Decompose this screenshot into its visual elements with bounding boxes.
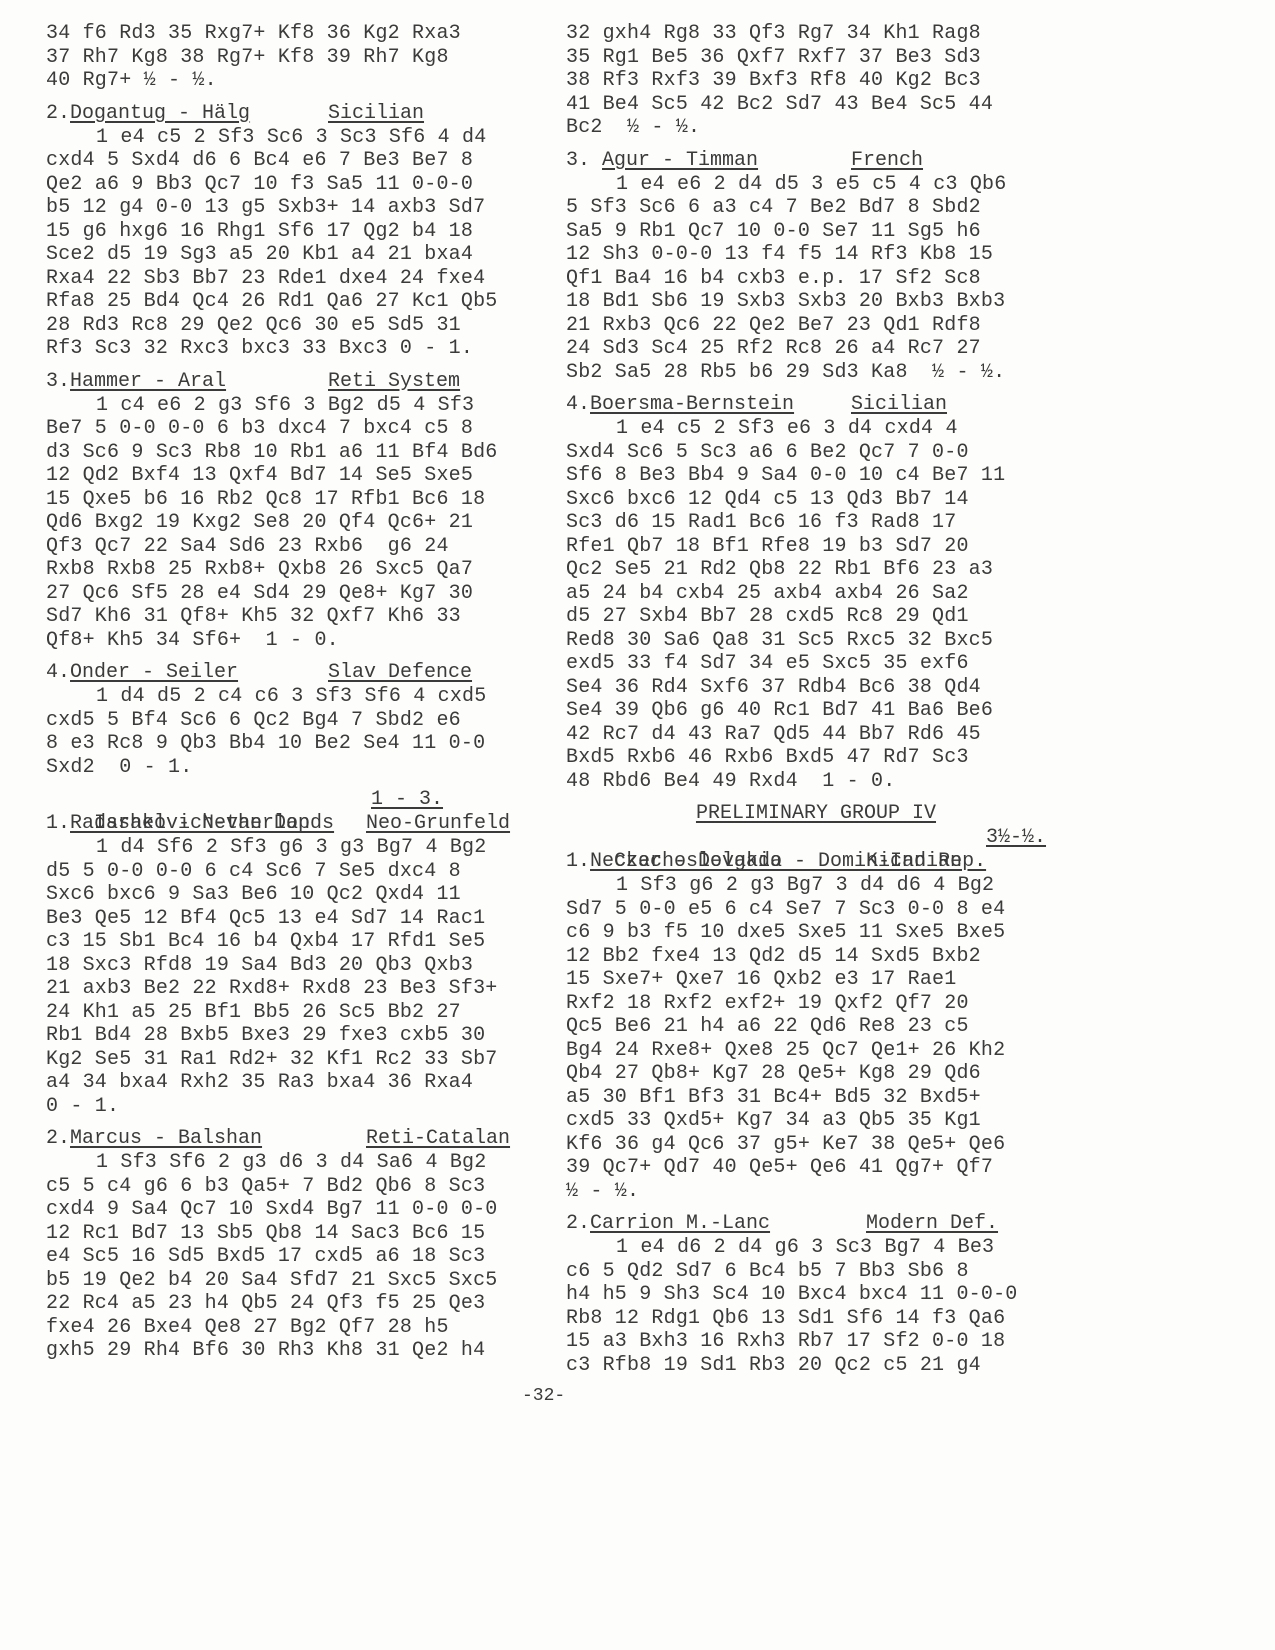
game-players: Neckar - Delgado	[590, 850, 782, 873]
move-line: Bg4 24 Rxe8+ Qxe8 25 Qc7 Qe1+ 26 Kh2	[566, 1039, 1066, 1063]
move-line: Sxd4 Sc6 5 Sc3 a6 6 Be2 Qc7 7 0-0	[566, 441, 1066, 465]
game-heading: 1.Radashkovich-van DopNeo-Grunfeld	[46, 812, 546, 836]
game-number: 2.	[46, 102, 70, 125]
move-line: 1 d4 d5 2 c4 c6 3 Sf3 Sf6 4 cxd5	[46, 685, 546, 709]
game-block: 3.Hammer - AralReti System1 c4 e6 2 g3 S…	[46, 370, 546, 653]
move-line: 12 Rc1 Bd7 13 Sb5 Qb8 14 Sac3 Bc6 15	[46, 1222, 546, 1246]
move-line: Rb1 Bd4 28 Bxb5 Bxe3 29 fxe3 cxb5 30	[46, 1024, 546, 1048]
move-line: e4 Sc5 16 Sd5 Bxd5 17 cxd5 a6 18 Sc3	[46, 1245, 546, 1269]
move-line: cxd4 9 Sa4 Qc7 10 Sxd4 Bg7 11 0-0 0-0	[46, 1198, 546, 1222]
move-line: d3 Sc6 9 Sc3 Rb8 10 Rb1 a6 11 Bf4 Bd6	[46, 441, 546, 465]
move-line: c5 5 c4 g6 6 b3 Qa5+ 7 Bd2 Qb6 8 Sc3	[46, 1175, 546, 1199]
move-line: a5 30 Bf1 Bf3 31 Bc4+ Bd5 32 Bxd5+	[566, 1086, 1066, 1110]
game-players: Marcus - Balshan	[70, 1127, 262, 1150]
move-line: Qf1 Ba4 16 b4 cxb3 e.p. 17 Sf2 Sc8	[566, 267, 1066, 291]
move-line: h4 h5 9 Sh3 Sc4 10 Bxc4 bxc4 11 0-0-0	[566, 1283, 1066, 1307]
game-players: Carrion M.-Lanc	[590, 1212, 770, 1235]
move-line: a4 34 bxa4 Rxh2 35 Ra3 bxa4 36 Rxa4	[46, 1071, 546, 1095]
move-line: Rb8 12 Rdg1 Qb6 13 Sd1 Sf6 14 f3 Qa6	[566, 1307, 1066, 1331]
move-line: 42 Rc7 d4 43 Ra7 Qd5 44 Bb7 Rd6 45	[566, 723, 1066, 747]
move-line: Sce2 d5 19 Sg3 a5 20 Kb1 a4 21 bxa4	[46, 243, 546, 267]
move-line: 1 e4 e6 2 d4 d5 3 e5 c5 4 c3 Qb6	[566, 173, 1066, 197]
move-line: cxd4 5 Sxd4 d6 6 Bc4 e6 7 Be3 Be7 8	[46, 149, 546, 173]
continuation-block: 32 gxh4 Rg8 33 Qf3 Rg7 34 Kh1 Rag835 Rg1…	[566, 22, 1066, 140]
move-line: c3 15 Sb1 Bc4 16 b4 Qxb4 17 Rfd1 Se5	[46, 930, 546, 954]
move-line: Kf6 36 g4 Qc6 37 g5+ Ke7 38 Qe5+ Qe6	[566, 1133, 1066, 1157]
move-line: 15 a3 Bxh3 16 Rxh3 Rb7 17 Sf2 0-0 18	[566, 1330, 1066, 1354]
move-line: 39 Qc7+ Qd7 40 Qe5+ Qe6 41 Qg7+ Qf7	[566, 1156, 1066, 1180]
move-line: 18 Bd1 Sb6 19 Sxb3 Sxb3 20 Bxb3 Bxb3	[566, 290, 1066, 314]
move-line: 12 Qd2 Bxf4 13 Qxf4 Bd7 14 Se5 Sxe5	[46, 464, 546, 488]
move-line: fxe4 26 Bxe4 Qe8 27 Bg2 Qf7 28 h5	[46, 1316, 546, 1340]
move-line: 24 Sd3 Sc4 25 Rf2 Rc8 26 a4 Rc7 27	[566, 337, 1066, 361]
game-heading: 2.Dogantug - HälgSicilian	[46, 102, 546, 126]
game-block: 4.Boersma-BernsteinSicilian1 e4 c5 2 Sf3…	[566, 393, 1066, 793]
move-line: 1 c4 e6 2 g3 Sf6 3 Bg2 d5 4 Sf3	[46, 394, 546, 418]
move-line: Bxd5 Rxb6 46 Rxb6 Bxd5 47 Rd7 Sc3	[566, 746, 1066, 770]
move-line: Be3 Qe5 12 Bf4 Qc5 13 e4 Sd7 14 Rac1	[46, 907, 546, 931]
move-line: 24 Kh1 a5 25 Bf1 Bb5 26 Sc5 Bb2 27	[46, 1001, 546, 1025]
move-line: 5 Sf3 Sc6 6 a3 c4 7 Be2 Bd7 8 Sbd2	[566, 196, 1066, 220]
move-line: Se4 39 Qb6 g6 40 Rc1 Bd7 41 Ba6 Be6	[566, 699, 1066, 723]
game-opening: Reti System	[328, 370, 460, 394]
move-line: 12 Bb2 fxe4 13 Qd2 d5 14 Sxd5 Bxb2	[566, 945, 1066, 969]
move-line: 38 Rf3 Rxf3 39 Bxf3 Rf8 40 Kg2 Bc3	[566, 69, 1066, 93]
game-players: Dogantug - Hälg	[70, 102, 250, 125]
game-players: Onder - Seiler	[70, 661, 238, 684]
game-heading: 3. Agur - TimmanFrench	[566, 149, 1066, 173]
move-line: cxd5 5 Bf4 Sc6 6 Qc2 Bg4 7 Sbd2 e6	[46, 709, 546, 733]
move-line: 15 g6 hxg6 16 Rhg1 Sf6 17 Qg2 b4 18	[46, 220, 546, 244]
page-number: -32-	[522, 1386, 565, 1406]
move-line: Sd7 5 0-0 e5 6 c4 Se7 7 Sc3 0-0 8 e4	[566, 898, 1066, 922]
move-line: gxh5 29 Rh4 Bf6 30 Rh3 Kh8 31 Qe2 h4	[46, 1339, 546, 1363]
game-opening: Modern Def.	[866, 1212, 998, 1236]
game-heading: 4.Boersma-BernsteinSicilian	[566, 393, 1066, 417]
game-players: Radashkovich-van Dop	[70, 812, 310, 835]
game-opening: Slav Defence	[328, 661, 472, 685]
game-number: 3.	[46, 370, 70, 393]
move-line: 40 Rg7+ ½ - ½.	[46, 69, 546, 93]
move-line: exd5 33 f4 Sd7 34 e5 Sxc5 35 exf6	[566, 652, 1066, 676]
move-line: Qe2 a6 9 Bb3 Qc7 10 f3 Sa5 11 0-0-0	[46, 173, 546, 197]
move-line: 1 e4 c5 2 Sf3 e6 3 d4 cxd4 4	[566, 417, 1066, 441]
game-number: 2.	[566, 1212, 590, 1235]
game-block: 2.Marcus - BalshanReti-Catalan1 Sf3 Sf6 …	[46, 1127, 546, 1363]
move-line: 34 f6 Rd3 35 Rxg7+ Kf8 36 Kg2 Rxa3	[46, 22, 546, 46]
game-heading: 2.Marcus - BalshanReti-Catalan	[46, 1127, 546, 1151]
move-line: Bc2 ½ - ½.	[566, 116, 1066, 140]
move-line: Sc3 d6 15 Rad1 Bc6 16 f3 Rad8 17	[566, 511, 1066, 535]
game-players: Hammer - Aral	[70, 370, 226, 393]
move-line: Rxa4 22 Sb3 Bb7 23 Rde1 dxe4 24 fxe4	[46, 267, 546, 291]
move-line: b5 12 g4 0-0 13 g5 Sxb3+ 14 axb3 Sd7	[46, 196, 546, 220]
game-number: 1.	[46, 812, 70, 835]
right-column: 32 gxh4 Rg8 33 Qf3 Rg7 34 Kh1 Rag835 Rg1…	[566, 22, 1066, 1386]
move-line: 21 Rxb3 Qc6 22 Qe2 Be7 23 Qd1 Rdf8	[566, 314, 1066, 338]
game-number: 4.	[46, 661, 70, 684]
game-opening: K-Indian	[866, 850, 962, 874]
match-score: 3½-½.	[986, 826, 1046, 850]
move-line: Qc2 Se5 21 Rd2 Qb8 22 Rb1 Bf6 23 a3	[566, 558, 1066, 582]
move-line: 15 Sxe7+ Qxe7 16 Qxb2 e3 17 Rae1	[566, 968, 1066, 992]
game-opening: Sicilian	[328, 102, 424, 126]
game-players: Boersma-Bernstein	[590, 393, 794, 416]
game-block: 4.Onder - SeilerSlav Defence1 d4 d5 2 c4…	[46, 661, 546, 779]
move-line: d5 5 0-0 0-0 6 c4 Sc6 7 Se5 dxc4 8	[46, 860, 546, 884]
move-line: d5 27 Sxb4 Bb7 28 cxd5 Rc8 29 Qd1	[566, 605, 1066, 629]
move-line: 1 e4 d6 2 d4 g6 3 Sc3 Bg7 4 Be3	[566, 1236, 1066, 1260]
move-line: Kg2 Se5 31 Ra1 Rd2+ 32 Kf1 Rc2 33 Sb7	[46, 1048, 546, 1072]
move-line: 1 Sf3 g6 2 g3 Bg7 3 d4 d6 4 Bg2	[566, 874, 1066, 898]
move-line: ½ - ½.	[566, 1180, 1066, 1204]
move-line: Sa5 9 Rb1 Qc7 10 0-0 Se7 11 Sg5 h6	[566, 220, 1066, 244]
move-line: Rxb8 Rxb8 25 Rxb8+ Qxb8 26 Sxc5 Qa7	[46, 558, 546, 582]
move-line: Qf8+ Kh5 34 Sf6+ 1 - 0.	[46, 629, 546, 653]
left-column: 34 f6 Rd3 35 Rxg7+ Kf8 36 Kg2 Rxa337 Rh7…	[46, 22, 546, 1372]
game-number: 3.	[566, 149, 602, 172]
move-line: Qf3 Qc7 22 Sa4 Sd6 23 Rxb6 g6 24	[46, 535, 546, 559]
move-line: 0 - 1.	[46, 1095, 546, 1119]
move-line: 8 e3 Rc8 9 Qb3 Bb4 10 Be2 Se4 11 0-0	[46, 732, 546, 756]
move-line: Qc5 Be6 21 h4 a6 22 Qd6 Re8 23 c5	[566, 1015, 1066, 1039]
game-opening: French	[851, 149, 923, 173]
move-line: Sd7 Kh6 31 Qf8+ Kh5 32 Qxf7 Kh6 33	[46, 605, 546, 629]
match-heading: Israel - Netherlands 1 - 3.	[46, 788, 546, 812]
game-block: 2.Carrion M.-LancModern Def.1 e4 d6 2 d4…	[566, 1212, 1066, 1377]
move-line: 48 Rbd6 Be4 49 Rxd4 1 - 0.	[566, 770, 1066, 794]
move-line: 22 Rc4 a5 23 h4 Qb5 24 Qf3 f5 25 Qe3	[46, 1292, 546, 1316]
game-opening: Reti-Catalan	[366, 1127, 510, 1151]
move-line: Qd6 Bxg2 19 Kxg2 Se8 20 Qf4 Qc6+ 21	[46, 511, 546, 535]
move-line: 15 Qxe5 b6 16 Rb2 Qc8 17 Rfb1 Bc6 18	[46, 488, 546, 512]
move-line: Rxf2 18 Rxf2 exf2+ 19 Qxf2 Qf7 20	[566, 992, 1066, 1016]
section-title: PRELIMINARY GROUP IV	[566, 802, 1066, 826]
move-line: c6 5 Qd2 Sd7 6 Bc4 b5 7 Bb3 Sb6 8	[566, 1260, 1066, 1284]
move-line: 28 Rd3 Rc8 29 Qe2 Qc6 30 e5 Sd5 31	[46, 314, 546, 338]
move-line: 1 e4 c5 2 Sf3 Sc6 3 Sc3 Sf6 4 d4	[46, 126, 546, 150]
game-opening: Sicilian	[851, 393, 947, 417]
move-line: b5 19 Qe2 b4 20 Sa4 Sfd7 21 Sxc5 Sxc5	[46, 1269, 546, 1293]
move-line: c6 9 b3 f5 10 dxe5 Sxe5 11 Sxe5 Bxe5	[566, 921, 1066, 945]
match-score: 1 - 3.	[371, 788, 443, 812]
move-line: Sb2 Sa5 28 Rb5 b6 29 Sd3 Ka8 ½ - ½.	[566, 361, 1066, 385]
move-line: 27 Qc6 Sf5 28 e4 Sd4 29 Qe8+ Kg7 30	[46, 582, 546, 606]
move-line: Sxd2 0 - 1.	[46, 756, 546, 780]
move-line: c3 Rfb8 19 Sd1 Rb3 20 Qc2 c5 21 g4	[566, 1354, 1066, 1378]
move-line: Sxc6 bxc6 9 Sa3 Be6 10 Qc2 Qxd4 11	[46, 883, 546, 907]
move-line: 37 Rh7 Kg8 38 Rg7+ Kf8 39 Rh7 Kg8	[46, 46, 546, 70]
move-line: Rfe1 Qb7 18 Bf1 Rfe8 19 b3 Sd7 20	[566, 535, 1066, 559]
game-block: 3. Agur - TimmanFrench1 e4 e6 2 d4 d5 3 …	[566, 149, 1066, 385]
continuation-block: 34 f6 Rd3 35 Rxg7+ Kf8 36 Kg2 Rxa337 Rh7…	[46, 22, 546, 93]
move-line: Rfa8 25 Bd4 Qc4 26 Rd1 Qa6 27 Kc1 Qb5	[46, 290, 546, 314]
match-heading: Czechoslovakia - Dominican Rep. 3½-½.	[566, 826, 1066, 850]
game-heading: 3.Hammer - AralReti System	[46, 370, 546, 394]
game-heading: 4.Onder - SeilerSlav Defence	[46, 661, 546, 685]
move-line: Sf6 8 Be3 Bb4 9 Sa4 0-0 10 c4 Be7 11	[566, 464, 1066, 488]
move-line: Be7 5 0-0 0-0 6 b3 dxc4 7 bxc4 c5 8	[46, 417, 546, 441]
move-line: 41 Be4 Sc5 42 Bc2 Sd7 43 Be4 Sc5 44	[566, 93, 1066, 117]
move-line: 18 Sxc3 Rfd8 19 Sa4 Bd3 20 Qb3 Qxb3	[46, 954, 546, 978]
game-block: 2.Dogantug - HälgSicilian1 e4 c5 2 Sf3 S…	[46, 102, 546, 361]
game-number: 4.	[566, 393, 590, 416]
game-players: Agur - Timman	[602, 149, 758, 172]
game-block: 1.Neckar - DelgadoK-Indian1 Sf3 g6 2 g3 …	[566, 850, 1066, 1203]
game-heading: 2.Carrion M.-LancModern Def.	[566, 1212, 1066, 1236]
move-line: 21 axb3 Be2 22 Rxd8+ Rxd8 23 Be3 Sf3+	[46, 977, 546, 1001]
move-line: 32 gxh4 Rg8 33 Qf3 Rg7 34 Kh1 Rag8	[566, 22, 1066, 46]
move-line: Sxc6 bxc6 12 Qd4 c5 13 Qd3 Bb7 14	[566, 488, 1066, 512]
game-number: 2.	[46, 1127, 70, 1150]
move-line: Red8 30 Sa6 Qa8 31 Sc5 Rxc5 32 Bxc5	[566, 629, 1066, 653]
move-line: 35 Rg1 Be5 36 Qxf7 Rxf7 37 Be3 Sd3	[566, 46, 1066, 70]
move-line: Rf3 Sc3 32 Rxc3 bxc3 33 Bxc3 0 - 1.	[46, 337, 546, 361]
move-line: a5 24 b4 cxb4 25 axb4 axb4 26 Sa2	[566, 582, 1066, 606]
move-line: 12 Sh3 0-0-0 13 f4 f5 14 Rf3 Kb8 15	[566, 243, 1066, 267]
game-opening: Neo-Grunfeld	[366, 812, 510, 836]
game-block: 1.Radashkovich-van DopNeo-Grunfeld1 d4 S…	[46, 812, 546, 1118]
move-line: Qb4 27 Qb8+ Kg7 28 Qe5+ Kg8 29 Qd6	[566, 1062, 1066, 1086]
move-line: 1 Sf3 Sf6 2 g3 d6 3 d4 Sa6 4 Bg2	[46, 1151, 546, 1175]
move-line: Se4 36 Rd4 Sxf6 37 Rdb4 Bc6 38 Qd4	[566, 676, 1066, 700]
game-number: 1.	[566, 850, 590, 873]
move-line: 1 d4 Sf6 2 Sf3 g6 3 g3 Bg7 4 Bg2	[46, 836, 546, 860]
move-line: cxd5 33 Qxd5+ Kg7 34 a3 Qb5 35 Kg1	[566, 1109, 1066, 1133]
game-heading: 1.Neckar - DelgadoK-Indian	[566, 850, 1066, 874]
